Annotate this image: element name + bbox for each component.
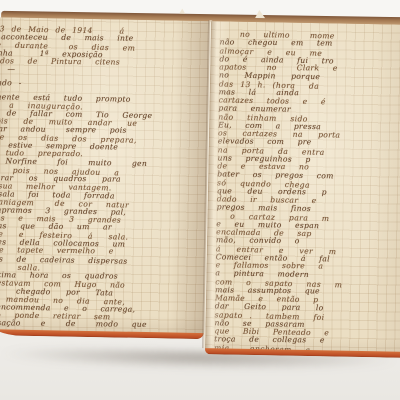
open-notebook: 23 de Maio de 1914 á acconteceu de mais … — [0, 10, 400, 366]
paper-tear — [255, 10, 265, 18]
paper-tear — [179, 9, 185, 14]
photo-background: 23 de Maio de 1914 á acconteceu de mais … — [0, 0, 400, 400]
right-page: no ultimo momenão chegou em temalmoçar e… — [205, 21, 400, 358]
left-page-shading — [0, 17, 210, 339]
left-page: 23 de Maio de 1914 á acconteceu de mais … — [0, 17, 210, 339]
right-page-shading — [205, 21, 400, 358]
